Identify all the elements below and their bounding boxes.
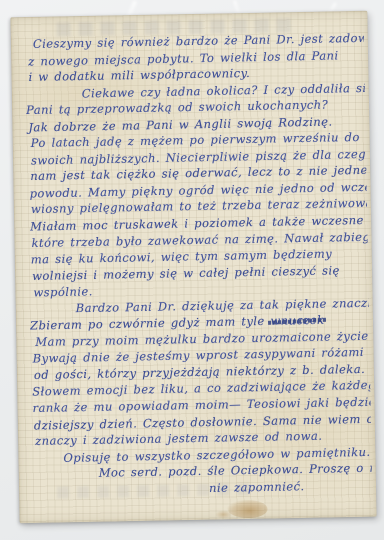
line-text: wspólnie. bbox=[33, 285, 93, 300]
letter-paper: Cieszymy się również bardzo że Pani Dr. … bbox=[10, 11, 376, 523]
line-text: nie zapomnieć. bbox=[209, 479, 305, 495]
line-struck-word: wnuczek bbox=[270, 312, 324, 330]
letter-lines: Cieszymy się również bardzo że Pani Dr. … bbox=[25, 30, 373, 521]
line-text: Zbieram po czwórnie gdyż mam tyle bbox=[30, 314, 271, 333]
